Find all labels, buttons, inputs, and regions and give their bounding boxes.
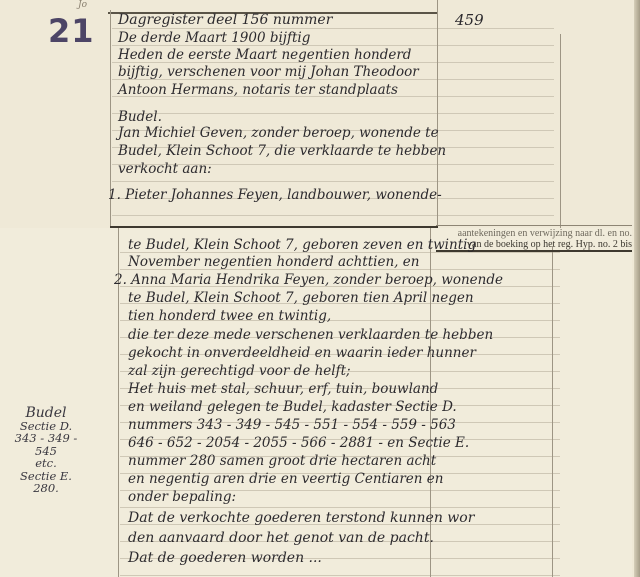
text-line: November negentien honderd achttien, en (128, 254, 419, 271)
margin-note: Budel Sectie D. 343 - 349 - 545 etc. Sec… (6, 407, 86, 495)
text-line: De derde Maart 1900 bijftig (118, 30, 310, 47)
text-line: te Budel, Klein Schoot 7, geboren zeven … (128, 237, 476, 254)
page-stamp-number: 21 (48, 12, 95, 50)
register-number: 459 (455, 12, 484, 29)
register-page: 21 Jo Dagregister deel 156 nummer 459 De… (0, 0, 640, 577)
margin-note-line: Budel (6, 407, 86, 420)
sheet-divider (110, 226, 438, 228)
page-edge (634, 0, 640, 577)
text-line: den aanvaard door het genot van de pacht… (128, 530, 434, 547)
text-line: verkocht aan: (118, 161, 212, 178)
label-top-rule (436, 225, 632, 226)
text-line: nummer 280 samen groot drie hectaren ach… (128, 453, 436, 470)
text-line: bijftig, verschenen voor mij Johan Theod… (118, 64, 419, 81)
margin-note-line: 343 - 349 - 545 (6, 432, 86, 457)
text-line: tien honderd twee en twintig, (128, 308, 331, 325)
text-line: en negentig aren drie en veertig Centiar… (128, 471, 443, 488)
text-line: zal zijn gerechtigd voor de helft; (128, 363, 351, 380)
text-line: Antoon Hermans, notaris ter standplaats (118, 82, 398, 99)
page-stamp-mark: Jo (78, 0, 87, 10)
text-line: Budel, Klein Schoot 7, die verklaarde te… (118, 143, 446, 160)
right-column-rule (552, 246, 553, 577)
text-line: Dat de goederen worden ... (128, 550, 322, 567)
text-line: onder bepaling: (128, 489, 236, 506)
upper-sheet: 21 Jo Dagregister deel 156 nummer 459 De… (0, 0, 634, 228)
text-line: 646 - 652 - 2054 - 2055 - 566 - 2881 - e… (128, 435, 469, 452)
text-line: Dat de verkochte goederen terstond kunne… (128, 510, 474, 527)
text-line: Heden de eerste Maart negentien honderd (118, 47, 411, 64)
text-line: Het huis met stal, schuur, erf, tuin, bo… (128, 381, 438, 398)
text-line: Budel. (118, 109, 162, 126)
text-line: te Budel, Klein Schoot 7, geboren tien A… (128, 290, 474, 307)
text-line: Jan Michiel Geven, zonder beroep, wonend… (118, 125, 439, 142)
text-line: 2. Anna Maria Hendrika Feyen, zonder ber… (114, 272, 503, 289)
text-line: gekocht in onverdeeldheid en waarin iede… (128, 345, 476, 362)
margin-note-line: 280. (6, 482, 86, 495)
right-column-rule (560, 34, 561, 228)
margin-note-line: etc. (6, 457, 86, 470)
text-line: die ter deze mede verschenen verklaarden… (128, 327, 493, 344)
header-line: Dagregister deel 156 nummer (118, 12, 332, 29)
text-line: 1. Pieter Johannes Feyen, landbouwer, wo… (108, 187, 442, 204)
text-line: en weiland gelegen te Budel, kadaster Se… (128, 399, 457, 416)
text-line: nummers 343 - 349 - 545 - 551 - 554 - 55… (128, 417, 456, 434)
